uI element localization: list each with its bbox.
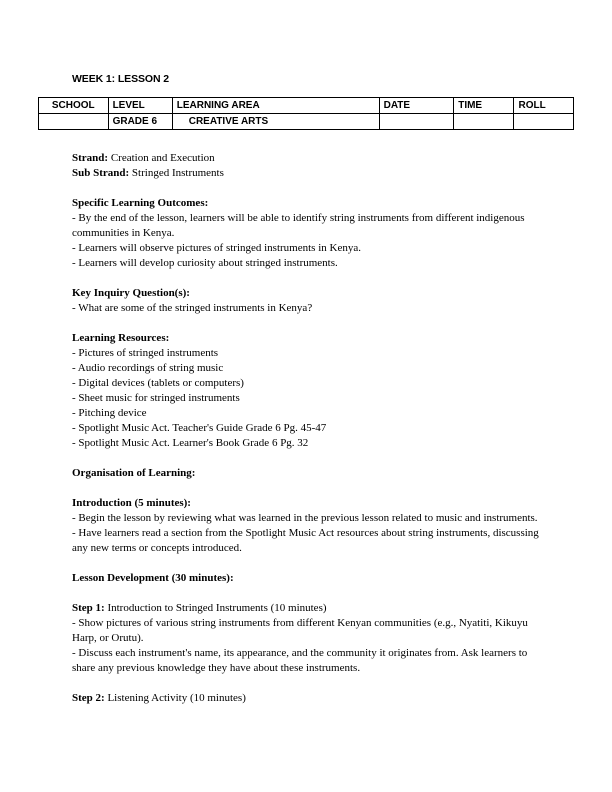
introduction-item: - Have learners read a section from the … — [72, 526, 542, 556]
spacer — [72, 586, 542, 601]
resource-item: - Sheet music for stringed instruments — [72, 391, 542, 406]
development-heading: Lesson Development (30 minutes): — [72, 571, 542, 586]
sub-strand-label: Sub Strand: — [72, 167, 129, 179]
introduction-item: - Begin the lesson by reviewing what was… — [72, 511, 542, 526]
header-date: DATE — [379, 98, 454, 114]
introduction-heading: Introduction (5 minutes): — [72, 496, 542, 511]
step2-label: Step 2: — [72, 692, 105, 704]
spacer — [72, 181, 542, 196]
outcomes-heading: Specific Learning Outcomes: — [72, 196, 542, 211]
header-school: SCHOOL — [39, 98, 109, 114]
cell-time — [454, 114, 514, 130]
outcome-item: - By the end of the lesson, learners wil… — [72, 211, 542, 241]
resources-heading: Learning Resources: — [72, 331, 542, 346]
cell-school — [39, 114, 109, 130]
strand-value: Creation and Execution — [108, 152, 215, 164]
cell-learning-area: CREATIVE ARTS — [172, 114, 379, 130]
header-roll: ROLL — [514, 98, 574, 114]
organisation-heading: Organisation of Learning: — [72, 466, 542, 481]
strand-label: Strand: — [72, 152, 108, 164]
resource-item: - Digital devices (tablets or computers) — [72, 376, 542, 391]
step1-item: - Show pictures of various string instru… — [72, 616, 542, 646]
spacer — [72, 316, 542, 331]
cell-date — [379, 114, 454, 130]
header-time: TIME — [454, 98, 514, 114]
step2-line: Step 2: Listening Activity (10 minutes) — [72, 691, 542, 706]
inquiry-item: - What are some of the stringed instrume… — [72, 301, 542, 316]
resource-item: - Pitching device — [72, 406, 542, 421]
outcome-item: - Learners will develop curiosity about … — [72, 256, 542, 271]
cell-level: GRADE 6 — [108, 114, 172, 130]
spacer — [72, 676, 542, 691]
outcome-item: - Learners will observe pictures of stri… — [72, 241, 542, 256]
resource-item: - Audio recordings of string music — [72, 361, 542, 376]
step1-item: - Discuss each instrument's name, its ap… — [72, 646, 542, 676]
header-learning-area: LEARNING AREA — [172, 98, 379, 114]
sub-strand-value: Stringed Instruments — [129, 167, 224, 179]
cell-roll — [514, 114, 574, 130]
header-level: LEVEL — [108, 98, 172, 114]
table-row: GRADE 6 CREATIVE ARTS — [39, 114, 574, 130]
inquiry-heading: Key Inquiry Question(s): — [72, 286, 542, 301]
sub-strand-line: Sub Strand: Stringed Instruments — [72, 166, 542, 181]
resource-item: - Pictures of stringed instruments — [72, 346, 542, 361]
step1-title: Introduction to Stringed Instruments (10… — [105, 602, 327, 614]
table-header-row: SCHOOL LEVEL LEARNING AREA DATE TIME ROL… — [39, 98, 574, 114]
step1-line: Step 1: Introduction to Stringed Instrum… — [72, 601, 542, 616]
spacer — [72, 271, 542, 286]
step1-label: Step 1: — [72, 602, 105, 614]
strand-line: Strand: Creation and Execution — [72, 151, 542, 166]
resource-item: - Spotlight Music Act. Teacher's Guide G… — [72, 421, 542, 436]
lesson-title: WEEK 1: LESSON 2 — [72, 73, 169, 85]
spacer — [72, 556, 542, 571]
resource-item: - Spotlight Music Act. Learner's Book Gr… — [72, 436, 542, 451]
spacer — [72, 451, 542, 466]
step2-title: Listening Activity (10 minutes) — [105, 692, 246, 704]
lesson-info-table: SCHOOL LEVEL LEARNING AREA DATE TIME ROL… — [38, 97, 574, 130]
lesson-body: Strand: Creation and Execution Sub Stran… — [72, 151, 542, 706]
spacer — [72, 481, 542, 496]
